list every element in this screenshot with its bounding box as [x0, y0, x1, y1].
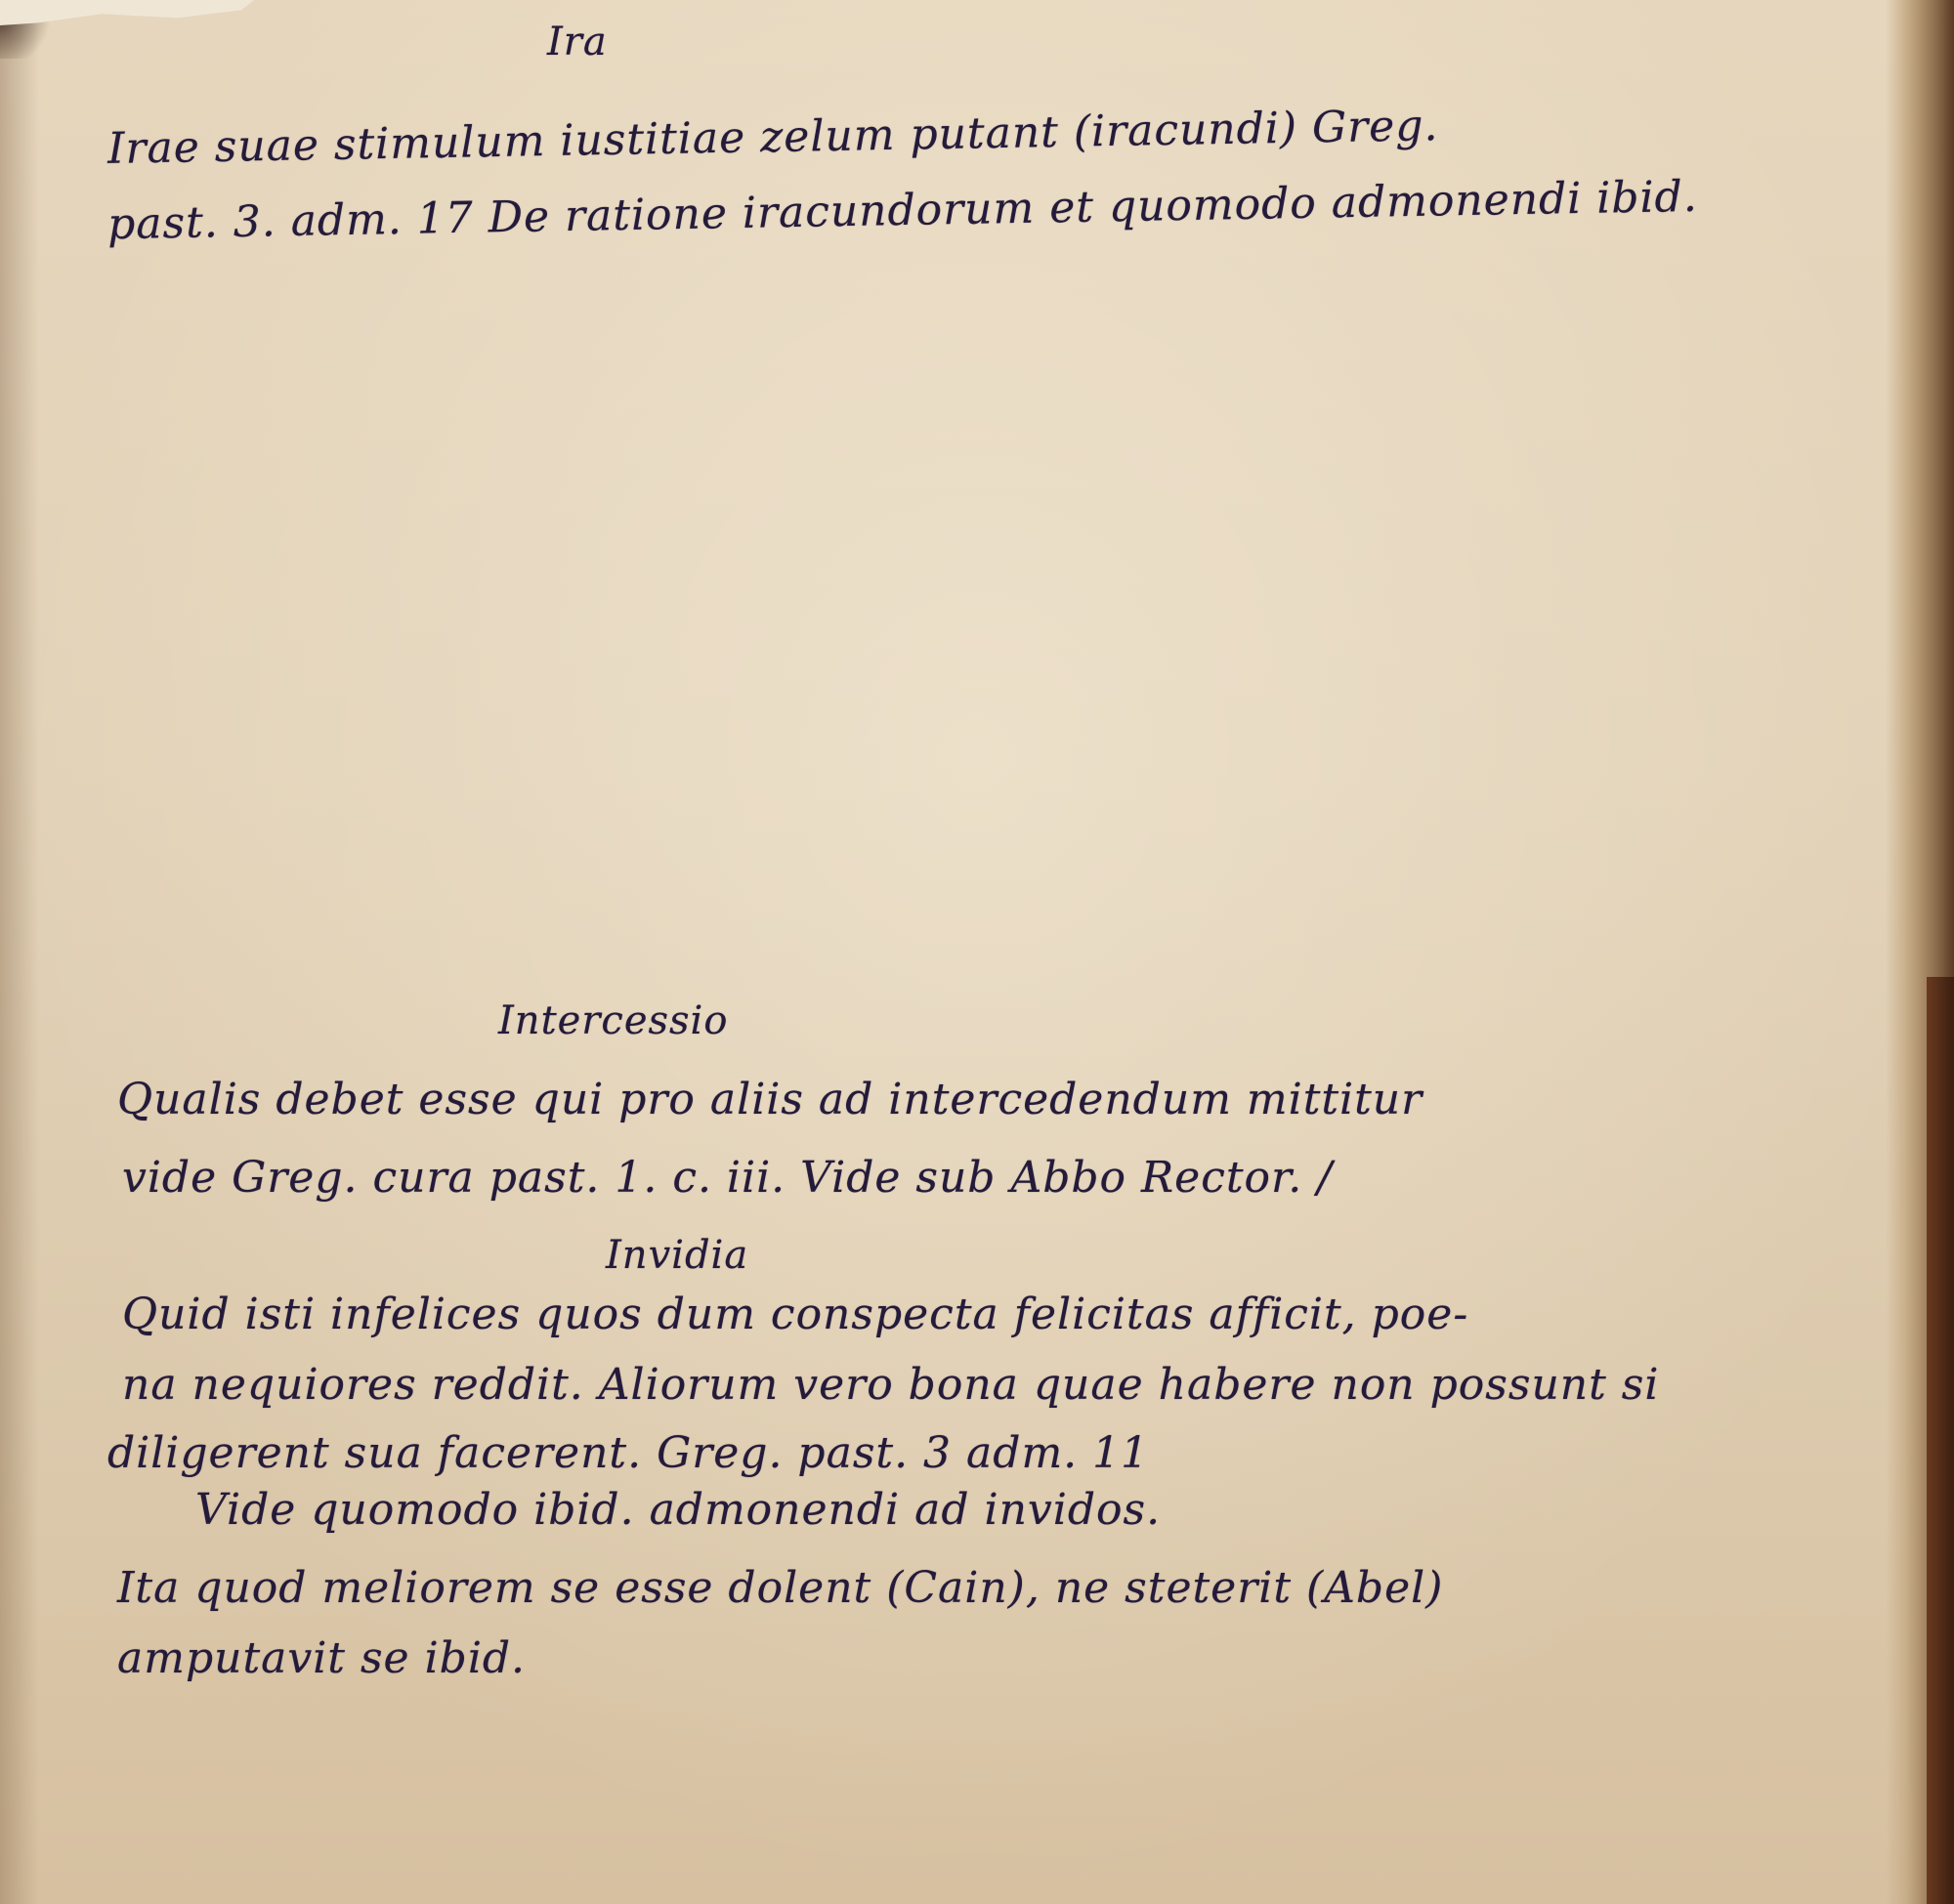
- entry-line: amputavit se ibid.: [117, 1633, 526, 1683]
- manuscript-page: Ira Irae suae stimulum iustitiae zelum p…: [0, 0, 1954, 1904]
- entry-line: diligerent sua facerent. Greg. past. 3 a…: [107, 1428, 1149, 1478]
- entry-line: past. 3. adm. 17 De ratione iracundorum …: [107, 172, 1698, 249]
- entry-heading: Invidia: [606, 1233, 748, 1278]
- entry-heading: Ira: [547, 20, 608, 64]
- entry-line: Irae suae stimulum iustitiae zelum putan…: [107, 101, 1439, 174]
- entry-line: Quid isti infelices quos dum conspecta f…: [122, 1290, 1468, 1339]
- book-cover-edge: [1927, 977, 1954, 1904]
- entry-line: vide Greg. cura past. 1. c. iii. Vide su…: [122, 1153, 1333, 1203]
- entry-line: Qualis debet esse qui pro aliis ad inter…: [117, 1075, 1423, 1124]
- entry-line: na nequiores reddit. Aliorum vero bona q…: [122, 1360, 1659, 1410]
- torn-paper-edge: [0, 0, 254, 25]
- entry-heading: Intercessio: [498, 998, 728, 1043]
- page-gutter-shadow: [0, 0, 39, 1904]
- entry-line: Vide quomodo ibid. admonendi ad invidos.: [195, 1485, 1161, 1535]
- entry-line: Ita quod meliorem se esse dolent (Cain),…: [117, 1563, 1443, 1613]
